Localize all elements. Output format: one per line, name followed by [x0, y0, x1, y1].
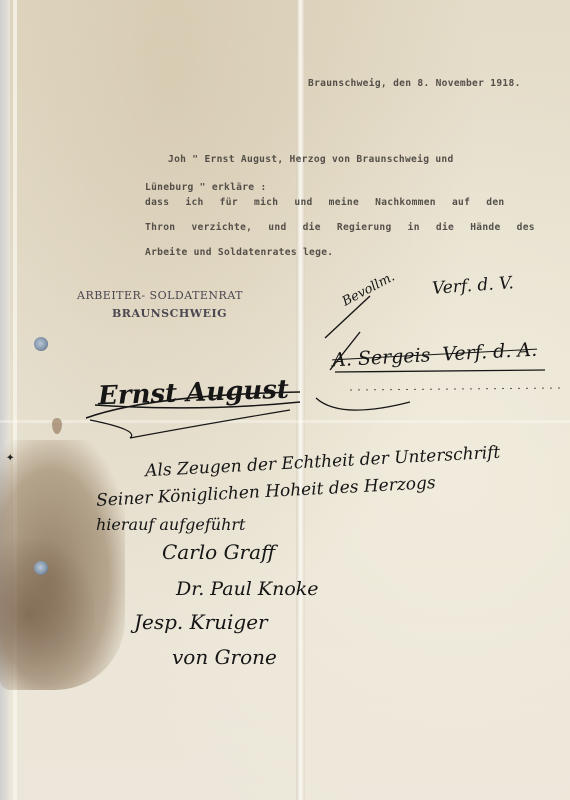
document-page: ✦ Braunschweig, den 8. November 1918. Jo… [0, 0, 570, 800]
signature-flourishes [0, 0, 570, 800]
